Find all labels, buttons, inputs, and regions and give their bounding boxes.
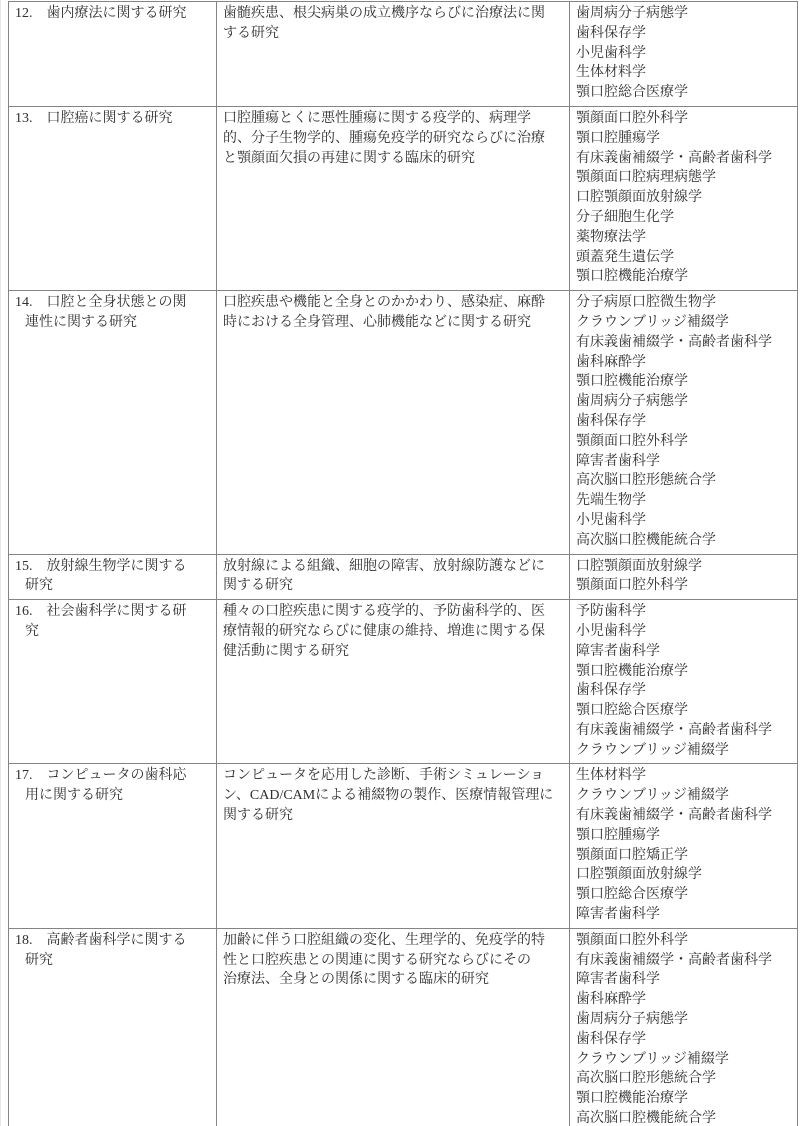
field-item: 有床義歯補綴学・高齢者歯科学	[576, 333, 791, 353]
field-item: 歯周病分子病態学	[576, 1010, 791, 1030]
field-item: 顎口腔機能治療学	[576, 372, 791, 392]
description-text: コンピュータを応用した診断、手術シミュレーショ ン、CAD/CAMによる補綴物の…	[223, 766, 563, 825]
field-item: 分子細胞生化学	[576, 208, 791, 228]
description-text: 放射線による組織、細胞の障害、放射線防護などに 関する研究	[223, 557, 563, 597]
description-cell: 加齢に伴う口腔組織の変化、生理学的、免疫学的特 性と口腔疾患との関連に関する研究…	[217, 928, 570, 1126]
fields-cell: 口腔顎顔面放射線学顎顔面口腔外科学	[570, 554, 798, 600]
field-item: 顎口腔機能治療学	[576, 1089, 791, 1109]
topic-cell: 18. 高齢者歯科学に関する 研究	[9, 928, 217, 1126]
field-item: クラウンブリッジ補綴学	[576, 741, 791, 761]
description-cell: 口腔腫瘍とくに悪性腫瘍に関する疫学的、病理学 的、分子生物学的、腫瘍免疫学的研究…	[217, 106, 570, 290]
field-item: 顎口腔総合医療学	[576, 83, 791, 103]
field-item: 小児歯科学	[576, 511, 791, 531]
table-row: 15. 放射線生物学に関する 研究放射線による組織、細胞の障害、放射線防護などに…	[9, 554, 798, 600]
table-row: 14. 口腔と全身状態との関 連性に関する研究口腔疾患や機能と全身とのかかわり、…	[9, 291, 798, 554]
field-item: 歯科保存学	[576, 1030, 791, 1050]
field-item: 小児歯科学	[576, 622, 791, 642]
field-item: 顎口腔腫瘍学	[576, 129, 791, 149]
field-item: 顎口腔総合医療学	[576, 885, 791, 905]
topic-label: 15. 放射線生物学に関する 研究	[15, 557, 210, 597]
field-item: 口腔顎顔面放射線学	[576, 188, 791, 208]
field-item: 小児歯科学	[576, 44, 791, 64]
field-item: 歯科麻酔学	[576, 353, 791, 373]
topic-label: 12. 歯内療法に関する研究	[15, 4, 210, 24]
field-item: 生体材料学	[576, 766, 791, 786]
topic-cell: 12. 歯内療法に関する研究	[9, 2, 217, 107]
topic-label: 13. 口腔癌に関する研究	[15, 109, 210, 129]
field-item: 顎口腔腫瘍学	[576, 826, 791, 846]
fields-cell: 顎顔面口腔外科学有床義歯補綴学・高齢者歯科学障害者歯科学歯科麻酔学歯周病分子病態…	[570, 928, 798, 1126]
topic-label: 14. 口腔と全身状態との関 連性に関する研究	[15, 293, 210, 333]
table-row: 17. コンピュータの歯科応 用に関する研究コンピュータを応用した診断、手術シミ…	[9, 764, 798, 928]
table-row: 16. 社会歯科学に関する研 究種々の口腔疾患に関する疫学的、予防歯科学的、医 …	[9, 600, 798, 764]
field-item: 顎口腔機能治療学	[576, 662, 791, 682]
topic-cell: 17. コンピュータの歯科応 用に関する研究	[9, 764, 217, 928]
field-item: 障害者歯科学	[576, 905, 791, 925]
field-item: 口腔顎顔面放射線学	[576, 865, 791, 885]
table-row: 12. 歯内療法に関する研究歯髄疾患、根尖病巣の成立機序ならびに治療法に関 する…	[9, 2, 798, 107]
research-topics-table: 12. 歯内療法に関する研究歯髄疾患、根尖病巣の成立機序ならびに治療法に関 する…	[8, 1, 798, 1126]
field-item: 高次脳口腔形態統合学	[576, 471, 791, 491]
fields-cell: 歯周病分子病態学歯科保存学小児歯科学生体材料学顎口腔総合医療学	[570, 2, 798, 107]
fields-cell: 分子病原口腔微生物学クラウンブリッジ補綴学有床義歯補綴学・高齢者歯科学歯科麻酔学…	[570, 291, 798, 554]
description-cell: 歯髄疾患、根尖病巣の成立機序ならびに治療法に関 する研究	[217, 2, 570, 107]
field-item: 歯周病分子病態学	[576, 4, 791, 24]
field-item: 頭蓋発生遺伝学	[576, 248, 791, 268]
field-item: 歯周病分子病態学	[576, 392, 791, 412]
field-item: クラウンブリッジ補綴学	[576, 313, 791, 333]
field-item: 有床義歯補綴学・高齢者歯科学	[576, 806, 791, 826]
topic-label: 16. 社会歯科学に関する研 究	[15, 602, 210, 642]
field-item: クラウンブリッジ補綴学	[576, 1050, 791, 1070]
field-item: 顎口腔機能治療学	[576, 267, 791, 287]
field-item: 高次脳口腔機能統合学	[576, 531, 791, 551]
field-item: 薬物療法学	[576, 228, 791, 248]
fields-cell: 予防歯科学小児歯科学障害者歯科学顎口腔機能治療学歯科保存学顎口腔総合医療学有床義…	[570, 600, 798, 764]
topic-label: 17. コンピュータの歯科応 用に関する研究	[15, 766, 210, 806]
field-item: 歯科保存学	[576, 412, 791, 432]
field-item: 顎顔面口腔病理病態学	[576, 168, 791, 188]
fields-cell: 顎顔面口腔外科学顎口腔腫瘍学有床義歯補綴学・高齢者歯科学顎顔面口腔病理病態学口腔…	[570, 106, 798, 290]
field-item: 先端生物学	[576, 491, 791, 511]
field-item: 顎顔面口腔外科学	[576, 109, 791, 129]
field-item: 口腔顎顔面放射線学	[576, 557, 791, 577]
field-item: 生体材料学	[576, 63, 791, 83]
field-item: 有床義歯補綴学・高齢者歯科学	[576, 721, 791, 741]
field-item: 顎顔面口腔矯正学	[576, 846, 791, 866]
field-item: 有床義歯補綴学・高齢者歯科学	[576, 149, 791, 169]
description-text: 歯髄疾患、根尖病巣の成立機序ならびに治療法に関 する研究	[223, 4, 563, 44]
field-item: 歯科保存学	[576, 681, 791, 701]
description-cell: 口腔疾患や機能と全身とのかかわり、感染症、麻酔 時における全身管理、心肺機能など…	[217, 291, 570, 554]
description-text: 口腔腫瘍とくに悪性腫瘍に関する疫学的、病理学 的、分子生物学的、腫瘍免疫学的研究…	[223, 109, 563, 168]
field-item: 歯科保存学	[576, 24, 791, 44]
field-item: クラウンブリッジ補綴学	[576, 786, 791, 806]
document-page: 12. 歯内療法に関する研究歯髄疾患、根尖病巣の成立機序ならびに治療法に関 する…	[0, 0, 805, 1126]
field-item: 顎顔面口腔外科学	[576, 931, 791, 951]
field-item: 顎口腔総合医療学	[576, 701, 791, 721]
field-item: 高次脳口腔機能統合学	[576, 1109, 791, 1126]
field-item: 顎顔面口腔外科学	[576, 432, 791, 452]
field-item: 予防歯科学	[576, 602, 791, 622]
field-item: 顎顔面口腔外科学	[576, 576, 791, 596]
description-text: 口腔疾患や機能と全身とのかかわり、感染症、麻酔 時における全身管理、心肺機能など…	[223, 293, 563, 333]
field-item: 高次脳口腔形態統合学	[576, 1069, 791, 1089]
topic-cell: 15. 放射線生物学に関する 研究	[9, 554, 217, 600]
topic-cell: 16. 社会歯科学に関する研 究	[9, 600, 217, 764]
topic-cell: 14. 口腔と全身状態との関 連性に関する研究	[9, 291, 217, 554]
description-cell: コンピュータを応用した診断、手術シミュレーショ ン、CAD/CAMによる補綴物の…	[217, 764, 570, 928]
field-item: 障害者歯科学	[576, 452, 791, 472]
field-item: 有床義歯補綴学・高齢者歯科学	[576, 951, 791, 971]
description-cell: 種々の口腔疾患に関する疫学的、予防歯科学的、医 療情報的研究ならびに健康の維持、…	[217, 600, 570, 764]
field-item: 歯科麻酔学	[576, 990, 791, 1010]
research-table-body: 12. 歯内療法に関する研究歯髄疾患、根尖病巣の成立機序ならびに治療法に関 する…	[9, 2, 798, 1126]
description-text: 加齢に伴う口腔組織の変化、生理学的、免疫学的特 性と口腔疾患との関連に関する研究…	[223, 931, 563, 990]
table-row: 13. 口腔癌に関する研究口腔腫瘍とくに悪性腫瘍に関する疫学的、病理学 的、分子…	[9, 106, 798, 290]
field-item: 障害者歯科学	[576, 642, 791, 662]
field-item: 分子病原口腔微生物学	[576, 293, 791, 313]
field-item: 障害者歯科学	[576, 970, 791, 990]
fields-cell: 生体材料学クラウンブリッジ補綴学有床義歯補綴学・高齢者歯科学顎口腔腫瘍学顎顔面口…	[570, 764, 798, 928]
description-text: 種々の口腔疾患に関する疫学的、予防歯科学的、医 療情報的研究ならびに健康の維持、…	[223, 602, 563, 661]
table-row: 18. 高齢者歯科学に関する 研究加齢に伴う口腔組織の変化、生理学的、免疫学的特…	[9, 928, 798, 1126]
topic-label: 18. 高齢者歯科学に関する 研究	[15, 931, 210, 971]
description-cell: 放射線による組織、細胞の障害、放射線防護などに 関する研究	[217, 554, 570, 600]
topic-cell: 13. 口腔癌に関する研究	[9, 106, 217, 290]
